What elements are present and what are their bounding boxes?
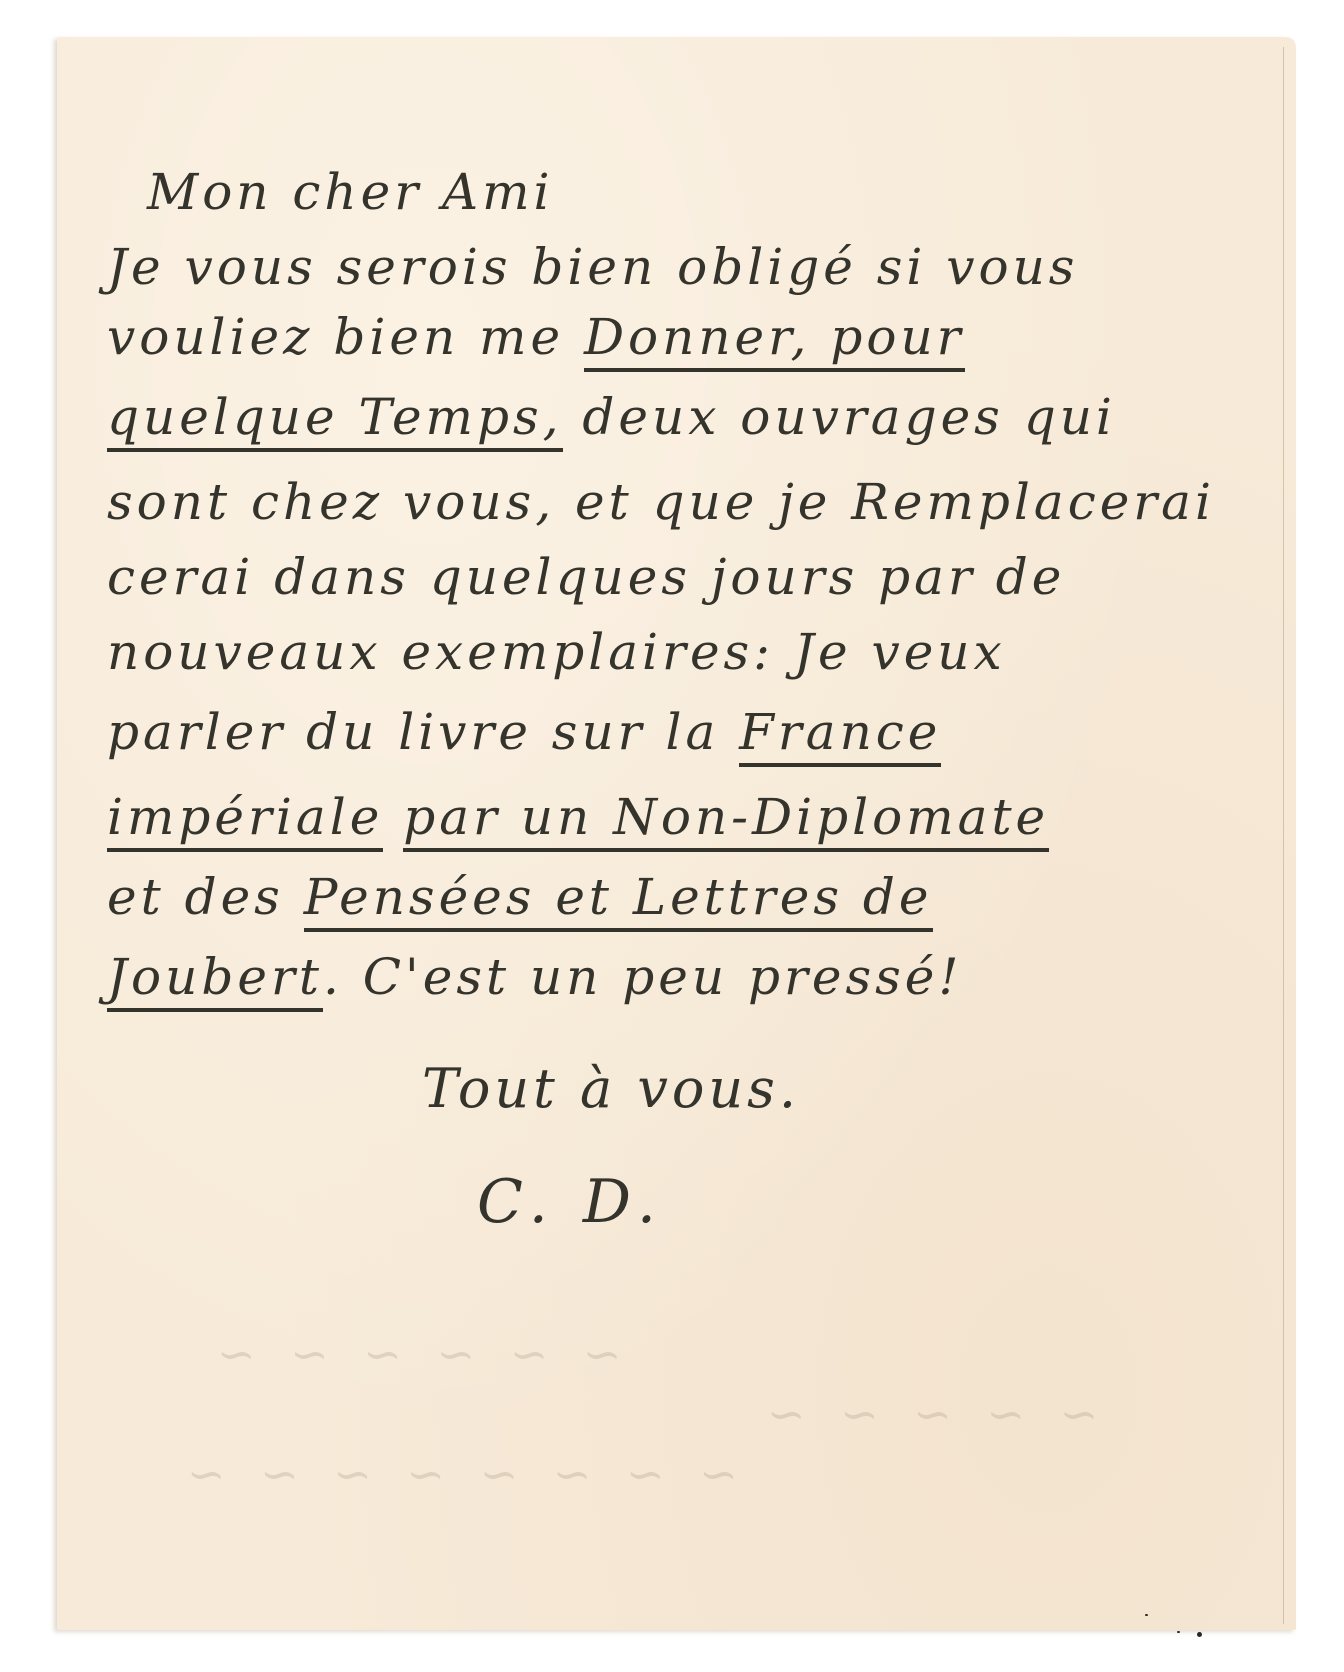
- line-7-plain: parler du livre sur la: [107, 703, 739, 761]
- closing: Tout à vous.: [422, 1062, 800, 1116]
- underlined-phrase: France: [739, 703, 941, 767]
- underlined-phrase: impériale: [107, 788, 383, 852]
- underlined-phrase: Joubert: [107, 948, 323, 1012]
- ink-speck: [1197, 1632, 1202, 1637]
- underlined-phrase: quelque Temps,: [107, 388, 563, 452]
- underlined-phrase: par un Non-Diplomate: [403, 788, 1049, 852]
- letter-line-10: Joubert. C'est un peu pressé!: [107, 952, 962, 1002]
- letter-line-6: nouveaux exemplaires: Je veux: [107, 627, 1006, 677]
- spacer: [383, 788, 403, 846]
- line-10-plain: . C'est un peu pressé!: [323, 948, 963, 1006]
- underlined-phrase: Donner, pour: [584, 308, 965, 372]
- letter-line-2: vouliez bien me Donner, pour: [107, 312, 965, 362]
- line-3-plain: deux ouvrages qui: [563, 388, 1116, 446]
- letter-line-5: cerai dans quelques jours par de: [107, 552, 1065, 602]
- letter-body: Mon cher Ami Je vous serois bien obligé …: [57, 37, 1296, 1630]
- letter-page: ~ ~ ~ ~ ~ ~ ~ ~ ~ ~ ~ ~ ~ ~ ~ ~ ~ ~ ~ Mo…: [57, 37, 1296, 1630]
- letter-line-7: parler du livre sur la France: [107, 707, 941, 757]
- signature: C. D.: [477, 1172, 664, 1232]
- letter-line-4: sont chez vous, et que je Remplacerai: [107, 477, 1215, 527]
- underlined-phrase: Pensées et Lettres de: [304, 868, 933, 932]
- line-9-plain: et des: [107, 868, 304, 926]
- salutation: Mon cher Ami: [147, 167, 554, 217]
- letter-line-9: et des Pensées et Lettres de: [107, 872, 933, 922]
- letter-line-8: impériale par un Non-Diplomate: [107, 792, 1049, 842]
- line-2-plain: vouliez bien me: [107, 308, 584, 366]
- ink-speck: [1177, 1631, 1180, 1633]
- letter-line-1: Je vous serois bien obligé si vous: [107, 242, 1078, 292]
- letter-line-3: quelque Temps, deux ouvrages qui: [107, 392, 1116, 442]
